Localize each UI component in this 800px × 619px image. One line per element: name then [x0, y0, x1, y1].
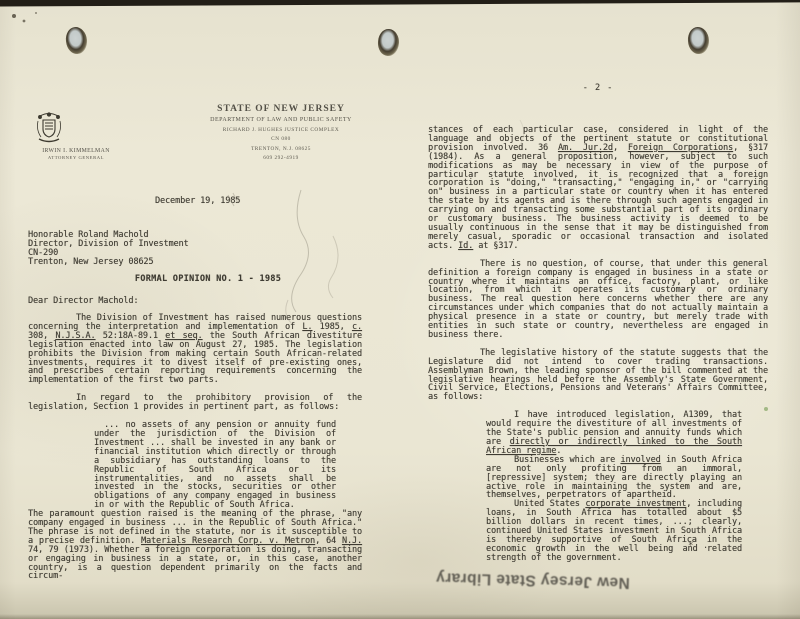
text-segment: Id. [458, 241, 473, 251]
attorney-general-block: IRWIN I. KIMMELMAN ATTORNEY GENERAL [20, 148, 132, 160]
letterhead-state: STATE OF NEW JERSEY [196, 104, 366, 114]
text-segment: , §317 (1984). As a general proposition,… [428, 143, 768, 251]
footnote-mark: * . [688, 541, 710, 551]
testimony-quote: I have introduced legislation, A1309, th… [486, 411, 742, 456]
statute-quote: ... no assets of any pension or annuity … [94, 421, 336, 510]
recipient-address: Honorable Roland Machold Director, Divis… [28, 231, 189, 267]
paragraph: The legislative history of the statute s… [428, 349, 768, 402]
letter-date: December 19, 1985 [155, 197, 240, 206]
paragraph: In regard to the prohibitory provision o… [28, 394, 362, 412]
punch-hole-middle [377, 28, 400, 56]
scanned-document: IRWIN I. KIMMELMAN ATTORNEY GENERAL STAT… [0, 0, 800, 619]
letterhead-box: CN 080 [196, 136, 366, 142]
page-number: - 2 - [428, 84, 768, 93]
library-stamp: New Jersey State Library [390, 553, 631, 591]
text-segment: at §317. [473, 241, 518, 251]
paragraph: stances of each particular case, conside… [428, 126, 768, 251]
letterhead-department: DEPARTMENT OF LAW AND PUBLIC SAFETY [196, 117, 366, 123]
salutation: Dear Director Machold: [28, 297, 138, 306]
paragraph: The paramount question raised is the mea… [28, 510, 362, 581]
paragraph: There is no question, of course, that un… [428, 260, 768, 340]
punch-hole-left [65, 26, 89, 55]
opinion-title: FORMAL OPINION NO. 1 - 1985 [58, 275, 358, 284]
text-segment: 74, 79 (1973). Whether a foreign corpora… [28, 545, 362, 582]
text-segment: , including loans, in South Africa has t… [486, 499, 742, 562]
paragraph: The Division of Investment has raised nu… [28, 314, 362, 385]
testimony-quote: Businesses which are involved in South A… [486, 456, 742, 501]
letterhead-phone: 609 292-4919 [196, 155, 366, 161]
letterhead: STATE OF NEW JERSEY DEPARTMENT OF LAW AN… [196, 104, 366, 161]
letterhead-city: TRENTON, N.J. 08625 [196, 146, 366, 152]
scan-top-edge [0, 0, 800, 8]
page1-body: The Division of Investment has raised nu… [28, 314, 362, 581]
punch-hole-right [687, 26, 709, 54]
testimony-quote: United States corporate investment, incl… [486, 500, 742, 562]
text-segment: directly or indirectly linked to the Sou… [486, 437, 742, 456]
page2-body: stances of each particular case, conside… [428, 126, 768, 563]
recipient-line: Trenton, New Jersey 08625 [28, 258, 189, 267]
scan-bottom-edge [0, 614, 800, 619]
official-title: ATTORNEY GENERAL [20, 155, 132, 160]
nj-state-seal-icon [36, 112, 62, 144]
official-name: IRWIN I. KIMMELMAN [20, 148, 132, 154]
text-segment: the South African divestiture legislatio… [28, 331, 362, 386]
library-stamp-text: New Jersey State Library [436, 569, 630, 591]
letterhead-building: RICHARD J. HUGHES JUSTICE COMPLEX [196, 127, 366, 133]
